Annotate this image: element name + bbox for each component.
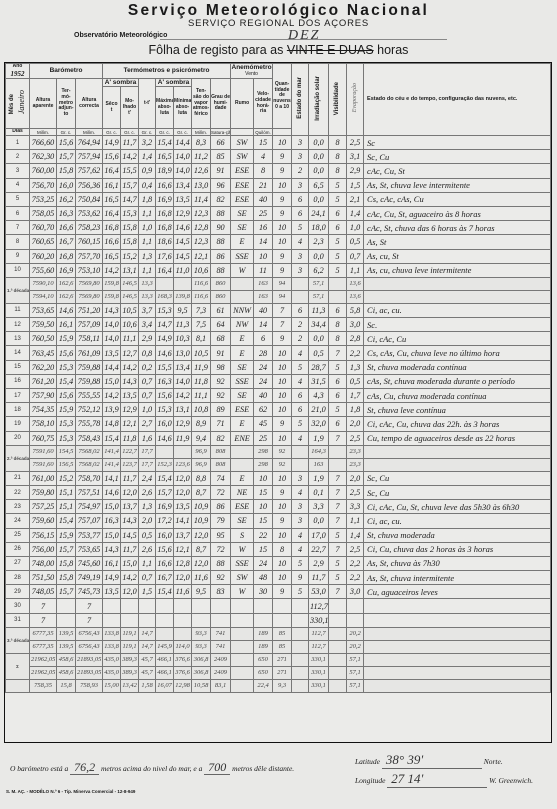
cell-neb[interactable]: 9 [273,150,292,164]
cell-min[interactable]: 11,3 [174,318,192,332]
cell-rumo[interactable]: ENE [231,431,254,445]
decade-2-summary-cell[interactable] [174,445,192,458]
month-totals-cell[interactable]: 57,1 [347,653,364,666]
cell-rad[interactable]: 4,3 [309,389,329,403]
decade-2-summary-cell[interactable]: 17,7 [139,445,156,458]
decade-1-summary-cell[interactable]: 162,6 [57,277,76,290]
cell-alt[interactable]: 759,80 [30,485,57,499]
cell-rad[interactable]: 17,0 [309,528,329,542]
cell-rumo[interactable]: NE [231,485,254,499]
decade-2-summary-cell[interactable]: 92 [273,445,292,458]
decade-3-summary-cell[interactable]: 6777,35 [30,640,57,653]
cell-alt[interactable]: 760,20 [30,249,57,263]
cell-mar[interactable]: 5 [292,360,309,374]
cell-evap[interactable]: 1,3 [347,360,364,374]
decade-1-summary-cell[interactable]: 57,1 [309,290,329,303]
cell-cor[interactable]: 750,84 [76,192,103,206]
cell-tw[interactable]: 11,7 [121,136,139,150]
month-totals-cell[interactable]: 45,7 [139,653,156,666]
cell-td[interactable]: 1,1 [139,556,156,570]
cell-mar[interactable]: 2 [292,318,309,332]
cell-cor[interactable]: 759,88 [76,374,103,388]
cell-ten[interactable]: 8,8 [192,471,211,485]
cell-t[interactable]: 16,1 [103,556,121,570]
month-totals-cell[interactable]: 306,8 [192,653,211,666]
decade-2-summary-cell[interactable]: 808 [211,458,231,471]
cell-hum[interactable]: 88 [211,263,231,277]
decade-1-summary-cell[interactable]: 13,6 [347,277,364,290]
cell-vis[interactable]: 5 [329,571,347,585]
cell-vis[interactable]: 5 [329,556,347,570]
month-totals-cell[interactable] [231,666,254,679]
cell-ten[interactable]: 10,9 [192,514,211,528]
cell-mar[interactable]: 3 [292,136,309,150]
cell-rad[interactable]: 0,0 [309,249,329,263]
cell-td[interactable]: 2,0 [139,514,156,528]
cell-t[interactable]: 16,3 [103,514,121,528]
cell-neb[interactable]: 8 [273,542,292,556]
cell-vis[interactable]: 7 [329,585,347,599]
cell-min[interactable]: 14,0 [174,150,192,164]
cell-vel[interactable]: 16 [254,221,273,235]
cell-td[interactable]: 1,3 [139,249,156,263]
sky-state-cell[interactable] [364,613,551,627]
cell-min[interactable]: 14,2 [174,389,192,403]
cell-mar[interactable]: 4 [292,235,309,249]
cell-td[interactable]: 1,8 [139,192,156,206]
cell-rad[interactable]: 0,0 [309,514,329,528]
decade-2-summary-cell[interactable] [292,445,309,458]
cell-adj[interactable]: 16,8 [57,249,76,263]
cell-tw[interactable]: 11,7 [121,471,139,485]
cell-alt[interactable]: 760,50 [30,332,57,346]
cell-neb[interactable]: 10 [273,374,292,388]
cell-alt[interactable]: 761,20 [30,374,57,388]
cell-max[interactable]: 14,6 [156,346,174,360]
cell-vel[interactable]: 40 [254,192,273,206]
decade-1-summary-cell[interactable] [231,277,254,290]
cell-min[interactable]: 12,9 [174,206,192,220]
cell-evap[interactable]: 0,7 [347,249,364,263]
decade-1-summary-cell[interactable]: 860 [211,290,231,303]
cell-adj[interactable]: 15,2 [57,471,76,485]
cell-vel[interactable]: 40 [254,389,273,403]
decade-3-summary-cell[interactable]: 6756,43 [76,627,103,640]
decade-2-summary-cell[interactable]: 152,3 [156,458,174,471]
cell-tw[interactable]: 13,1 [121,263,139,277]
cell-mar[interactable]: 3 [292,178,309,192]
cell-rad[interactable]: 28,7 [309,360,329,374]
cell-neb[interactable]: 10 [273,528,292,542]
cell-min[interactable]: 14,4 [174,136,192,150]
cell-rumo[interactable]: ESE [231,164,254,178]
decade-2-summary-cell[interactable]: 123,6 [174,458,192,471]
cell-min[interactable]: 13,0 [174,346,192,360]
cell-max[interactable] [156,599,174,613]
cell-mar[interactable]: 3 [292,150,309,164]
cell-mar[interactable]: 3 [292,500,309,514]
month-means-cell[interactable]: 9,3 [273,679,292,692]
cell-neb[interactable]: 10 [273,178,292,192]
cell-tw[interactable]: 14,3 [121,374,139,388]
cell-cor[interactable]: 7 [76,599,103,613]
cell-tw[interactable]: 12,0 [121,485,139,499]
decade-1-summary-cell[interactable] [174,277,192,290]
cell-evap[interactable]: 3,0 [347,585,364,599]
decade-3-summary-cell[interactable] [329,627,347,640]
cell-adj[interactable]: 15,7 [57,150,76,164]
cell-alt[interactable]: 756,00 [30,542,57,556]
decade-3-summary-cell[interactable]: 139,5 [57,627,76,640]
cell-td[interactable]: 0,9 [139,164,156,178]
month-totals-cell[interactable] [292,653,309,666]
cell-alt[interactable]: 760,00 [30,164,57,178]
cell-rumo[interactable]: ESE [231,192,254,206]
cell-min[interactable]: 11,0 [174,263,192,277]
sky-state-cell[interactable]: Cu, tempo de aguaceiros desde as 22 hora… [364,431,551,445]
decade-3-summary-cell[interactable]: 85 [273,640,292,653]
cell-td[interactable]: 2,4 [139,471,156,485]
cell-evap[interactable]: 1,1 [347,514,364,528]
cell-ten[interactable]: 8,1 [192,332,211,346]
cell-mar[interactable]: 4 [292,485,309,499]
cell-vis[interactable]: 6 [329,374,347,388]
cell-alt[interactable]: 762,30 [30,150,57,164]
cell-vis[interactable]: 5 [329,249,347,263]
cell-vis[interactable]: 7 [329,346,347,360]
cell-cor[interactable]: 757,07 [76,514,103,528]
cell-evap[interactable]: 2,5 [347,431,364,445]
cell-min[interactable]: 11,9 [174,431,192,445]
cell-adj[interactable]: 15,8 [57,571,76,585]
decade-3-summary-cell[interactable]: 119,1 [121,627,139,640]
cell-td[interactable]: 3,2 [139,136,156,150]
cell-evap[interactable]: 2,1 [347,192,364,206]
cell-max[interactable]: 16,0 [156,528,174,542]
month-totals-cell[interactable]: 376,6 [174,666,192,679]
cell-neb[interactable]: 10 [273,571,292,585]
cell-vel[interactable]: 6 [254,332,273,346]
month-totals-cell[interactable]: 21893,05 [76,666,103,679]
cell-min[interactable]: 13,5 [174,192,192,206]
month-means-cell[interactable]: 57,1 [347,679,364,692]
cell-adj[interactable] [57,599,76,613]
cell-vis[interactable]: 5 [329,360,347,374]
longitude-field[interactable]: 27 14' [387,771,487,788]
cell-tw[interactable]: 12,9 [121,403,139,417]
decade-2-summary-cell[interactable]: 7591,60 [30,458,57,471]
decade-2-summary-cell[interactable] [231,458,254,471]
cell-rumo[interactable] [231,599,254,613]
cell-t[interactable]: 15,6 [103,150,121,164]
cell-rumo[interactable]: SSE [231,556,254,570]
decade-2-summary-cell[interactable]: 141,4 [103,445,121,458]
cell-t[interactable]: 15,0 [103,500,121,514]
decade-3-summary-cell[interactable]: 139,5 [57,640,76,653]
decade-2-summary-cell[interactable]: 96,9 [192,458,211,471]
sky-state-cell[interactable]: Ci, ac, cu. [364,514,551,528]
cell-mar[interactable]: 6 [292,206,309,220]
cell-mar[interactable] [292,613,309,627]
cell-cor[interactable]: 759,88 [76,360,103,374]
cell-hum[interactable]: 79 [211,514,231,528]
cell-hum[interactable]: 92 [211,389,231,403]
cell-rumo[interactable]: W [231,585,254,599]
cell-tw[interactable]: 11,8 [121,431,139,445]
decade-3-summary-cell[interactable]: 133,8 [103,640,121,653]
cell-adj[interactable]: 15,9 [57,528,76,542]
cell-ten[interactable] [192,613,211,627]
cell-t[interactable] [103,613,121,627]
cell-tw[interactable]: 15,2 [121,249,139,263]
month-totals-cell[interactable]: 650 [254,666,273,679]
cell-hum[interactable]: 85 [211,150,231,164]
cell-t[interactable]: 14,3 [103,542,121,556]
cell-neb[interactable] [273,613,292,627]
cell-neb[interactable]: 10 [273,556,292,570]
distance-field[interactable]: 700 [204,760,230,775]
cell-vel[interactable]: 4 [254,150,273,164]
cell-td[interactable]: 1,1 [139,263,156,277]
cell-mar[interactable]: 3 [292,263,309,277]
decade-1-summary-cell[interactable]: 146,5 [121,277,139,290]
cell-vis[interactable] [329,613,347,627]
cell-adj[interactable]: 15,1 [57,500,76,514]
cell-cor[interactable]: 758,23 [76,221,103,235]
cell-vel[interactable]: 10 [254,500,273,514]
cell-rad[interactable]: 22,7 [309,542,329,556]
cell-neb[interactable]: 7 [273,318,292,332]
cell-ten[interactable]: 12,1 [192,249,211,263]
month-totals-cell[interactable]: 2409 [211,653,231,666]
cell-hum[interactable]: 72 [211,485,231,499]
cell-hum[interactable]: 92 [211,571,231,585]
cell-min[interactable]: 13,5 [174,500,192,514]
cell-ten[interactable]: 13,0 [192,178,211,192]
cell-vis[interactable]: 5 [329,192,347,206]
cell-vel[interactable] [254,599,273,613]
cell-ten[interactable]: 10,9 [192,500,211,514]
decade-3-summary-cell[interactable]: 112,7 [309,640,329,653]
cell-tw[interactable]: 14,2 [121,150,139,164]
decade-3-summary-cell[interactable]: 20,2 [347,627,364,640]
cell-max[interactable]: 15,4 [156,136,174,150]
cell-ten[interactable] [192,599,211,613]
cell-max[interactable]: 15,7 [156,485,174,499]
cell-t[interactable]: 14,6 [103,485,121,499]
cell-adj[interactable]: 16,1 [57,318,76,332]
cell-tw[interactable]: 13,5 [121,389,139,403]
cell-alt[interactable]: 763,45 [30,346,57,360]
decade-2-summary-cell[interactable]: 164,3 [309,445,329,458]
month-totals-cell[interactable]: 45,7 [139,666,156,679]
cell-rad[interactable]: 1,9 [309,431,329,445]
month-totals-cell[interactable]: 271 [273,666,292,679]
cell-cor[interactable]: 758,11 [76,332,103,346]
month-totals-cell[interactable]: 389,3 [121,666,139,679]
decade-1-summary-cell[interactable]: 57,1 [309,277,329,290]
cell-mar[interactable]: 4 [292,374,309,388]
cell-hum[interactable]: 82 [211,431,231,445]
month-totals-cell[interactable] [329,653,347,666]
cell-td[interactable]: 0,7 [139,571,156,585]
cell-tw[interactable]: 12,7 [121,346,139,360]
cell-min[interactable] [174,599,192,613]
cell-td[interactable]: 0,5 [139,528,156,542]
cell-ten[interactable]: 11,8 [192,374,211,388]
cell-rad[interactable]: 2,9 [309,556,329,570]
cell-alt[interactable]: 753,65 [30,303,57,317]
decade-3-summary-cell[interactable]: 85 [273,627,292,640]
decade-3-summary-cell[interactable]: 114,0 [174,640,192,653]
cell-rad[interactable]: 6,2 [309,263,329,277]
cell-evap[interactable]: 2,9 [347,164,364,178]
cell-tw[interactable]: 12,0 [121,585,139,599]
cell-min[interactable]: 12,1 [174,542,192,556]
cell-vel[interactable]: 21 [254,178,273,192]
cell-mar[interactable]: 6 [292,389,309,403]
cell-hum[interactable]: 90 [211,221,231,235]
month-means-cell[interactable]: 15,8 [57,679,76,692]
cell-rad[interactable]: 3,3 [309,500,329,514]
month-totals-cell[interactable] [329,666,347,679]
decade-3-summary-cell[interactable]: 93,3 [192,640,211,653]
cell-rumo[interactable]: SE [231,221,254,235]
cell-cor[interactable]: 7 [76,613,103,627]
cell-evap[interactable]: 0,5 [347,235,364,249]
decade-3-summary-cell[interactable] [231,627,254,640]
month-totals-cell[interactable]: 21962,05 [30,666,57,679]
decade-1-summary-cell[interactable]: 116,6 [192,290,211,303]
cell-cor[interactable]: 761,09 [76,346,103,360]
cell-min[interactable] [174,613,192,627]
cell-hum[interactable]: 66 [211,136,231,150]
decade-1-summary-cell[interactable]: 94 [273,290,292,303]
cell-t[interactable]: 13,9 [103,403,121,417]
barometer-height-field[interactable]: 76,2 [70,760,99,775]
month-totals-cell[interactable]: 57,1 [347,666,364,679]
cell-hum[interactable]: 92 [211,374,231,388]
sky-state-cell[interactable]: As, St, chuva leve intermitente [364,178,551,192]
cell-neb[interactable]: 10 [273,403,292,417]
cell-cor[interactable]: 760,15 [76,235,103,249]
sky-state-cell[interactable]: Sc. [364,318,551,332]
decade-1-summary-cell[interactable] [231,290,254,303]
cell-rumo[interactable]: SE [231,514,254,528]
cell-rad[interactable]: 330,1 [309,613,329,627]
month-means-cell[interactable]: 10,58 [192,679,211,692]
cell-rumo[interactable]: NW [231,318,254,332]
cell-cor[interactable]: 745,60 [76,556,103,570]
decade-2-summary-cell[interactable]: 7568,02 [76,445,103,458]
cell-min[interactable]: 13,7 [174,528,192,542]
cell-vis[interactable]: 5 [329,528,347,542]
cell-tw[interactable]: 15,3 [121,206,139,220]
cell-alt[interactable]: 754,35 [30,403,57,417]
month-totals-cell[interactable]: 466,1 [156,666,174,679]
cell-adj[interactable]: 14,6 [57,303,76,317]
cell-evap[interactable]: 2,0 [347,471,364,485]
decade-3-summary-cell[interactable]: 189 [254,627,273,640]
cell-mar[interactable]: 3 [292,471,309,485]
cell-adj[interactable]: 16,9 [57,263,76,277]
cell-cor[interactable]: 756,36 [76,178,103,192]
sky-state-cell[interactable]: St, chuva leve contínua [364,403,551,417]
decade-1-summary-cell[interactable]: 139,8 [174,290,192,303]
cell-ten[interactable]: 8,3 [192,136,211,150]
cell-evap[interactable]: 3,0 [347,318,364,332]
cell-rumo[interactable]: ESE [231,178,254,192]
decade-1-summary-cell[interactable] [156,277,174,290]
cell-min[interactable]: 14,5 [174,235,192,249]
cell-vel[interactable]: 48 [254,571,273,585]
cell-evap[interactable]: 1,1 [347,263,364,277]
month-totals-cell[interactable] [292,666,309,679]
cell-alt[interactable]: 759,60 [30,514,57,528]
cell-cor[interactable]: 758,43 [76,431,103,445]
cell-hum[interactable]: 88 [211,206,231,220]
cell-ten[interactable]: 11,1 [192,389,211,403]
cell-rumo[interactable] [231,613,254,627]
cell-t[interactable]: 16,1 [103,178,121,192]
cell-max[interactable] [156,613,174,627]
cell-vis[interactable]: 8 [329,164,347,178]
cell-neb[interactable]: 9 [273,263,292,277]
cell-tw[interactable]: 12,1 [121,417,139,431]
cell-max[interactable]: 15,6 [156,542,174,556]
decade-3-summary-cell[interactable]: 133,8 [103,627,121,640]
cell-mar[interactable]: 4 [292,431,309,445]
cell-cor[interactable]: 757,51 [76,485,103,499]
sky-state-cell[interactable]: As, cu, St [364,249,551,263]
cell-adj[interactable]: 15,9 [57,332,76,346]
cell-td[interactable]: 0,4 [139,178,156,192]
decade-3-summary-cell[interactable]: 14,7 [139,627,156,640]
cell-evap[interactable]: 3,3 [347,500,364,514]
month-totals-cell[interactable]: 458,6 [57,653,76,666]
decade-1-summary-cell[interactable]: 168,3 [156,290,174,303]
decade-1-summary-cell[interactable]: 159,8 [103,290,121,303]
cell-vel[interactable]: 15 [254,136,273,150]
cell-rumo[interactable]: E [231,332,254,346]
cell-ten[interactable]: 8,7 [192,542,211,556]
cell-t[interactable]: 16,6 [103,235,121,249]
cell-cor[interactable]: 752,12 [76,403,103,417]
month-means-cell[interactable]: 22,4 [254,679,273,692]
cell-neb[interactable]: 9 [273,585,292,599]
decade-3-summary-cell[interactable] [174,627,192,640]
cell-vis[interactable]: 8 [329,332,347,346]
cell-rad[interactable]: 11,3 [309,303,329,317]
cell-alt[interactable]: 756,15 [30,528,57,542]
sky-state-cell[interactable]: Cu, aguaceiros leves [364,585,551,599]
cell-vel[interactable]: 40 [254,303,273,317]
cell-rumo[interactable]: E [231,346,254,360]
cell-alt[interactable]: 760,65 [30,235,57,249]
cell-ten[interactable]: 12,3 [192,206,211,220]
cell-neb[interactable]: 10 [273,136,292,150]
cell-rumo[interactable]: SW [231,150,254,164]
latitude-field[interactable]: 38° 39' [382,752,482,769]
cell-mar[interactable]: 5 [292,417,309,431]
cell-ten[interactable]: 10,6 [192,263,211,277]
month-means-cell[interactable]: 758,93 [76,679,103,692]
cell-ten[interactable]: 10,8 [192,403,211,417]
cell-neb[interactable]: 9 [273,249,292,263]
cell-adj[interactable]: 15,9 [57,403,76,417]
cell-vel[interactable]: 11 [254,263,273,277]
cell-vel[interactable]: 62 [254,403,273,417]
